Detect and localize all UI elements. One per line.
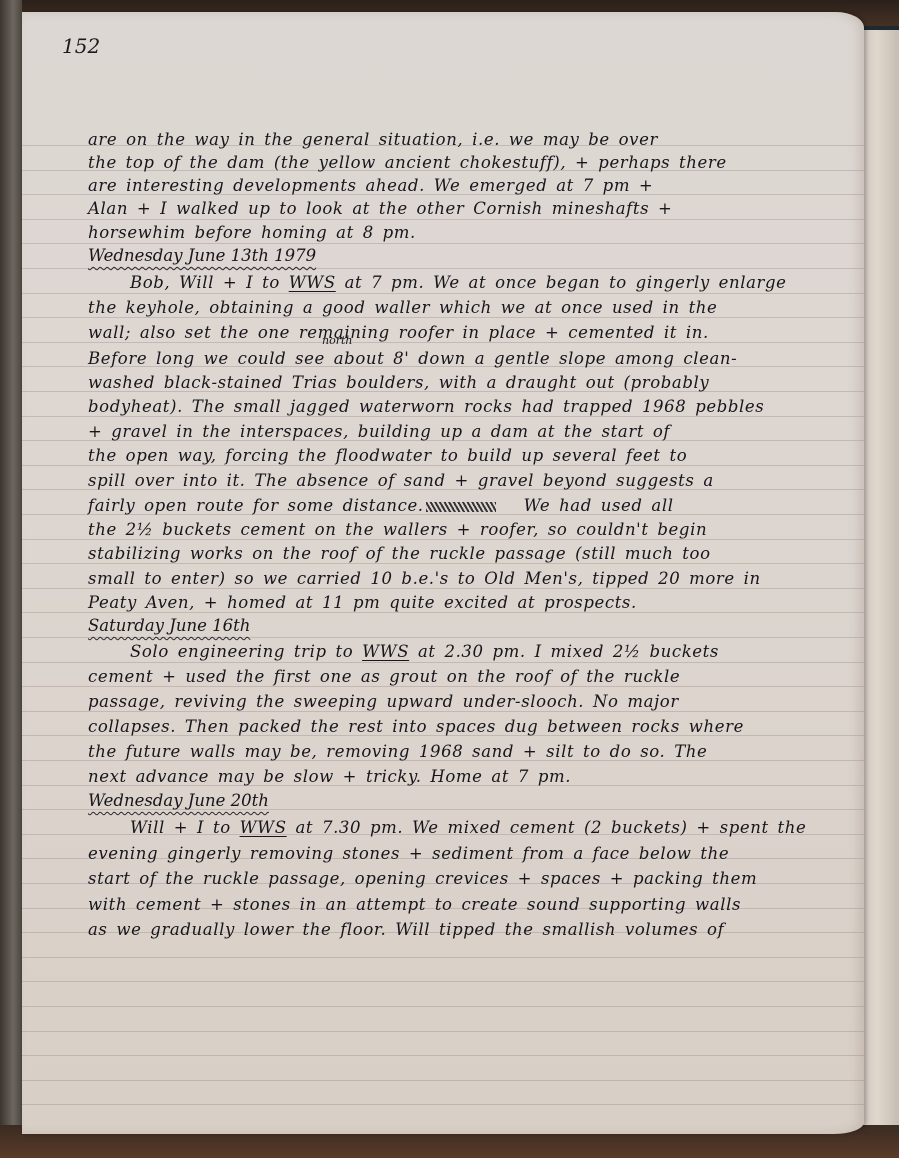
text-line: washed black-stained Trias boulders, wit… <box>88 373 709 392</box>
text-span: at 2.30 pm. I mixed 2½ buckets <box>409 642 719 661</box>
notebook-page: 152 are on the way in the general situat… <box>22 12 864 1134</box>
text-line: as we gradually lower the floor. Will ti… <box>88 920 724 939</box>
text-line: Before long we could see about 8' down a… <box>88 349 737 368</box>
text-line: bodyheat). The small jagged waterworn ro… <box>88 397 764 416</box>
text-span: at 7 pm. We at once began to gingerly en… <box>336 273 787 292</box>
ruled-line <box>22 268 864 269</box>
text-line: horsewhim before homing at 8 pm. <box>88 223 416 242</box>
text-line: spill over into it. The absence of sand … <box>88 471 714 490</box>
wws-abbreviation: WWS <box>240 818 287 837</box>
text-span: Solo engineering trip to <box>130 642 362 661</box>
ruled-line <box>22 662 864 663</box>
underlying-pages <box>862 26 899 1125</box>
ruled-line <box>22 686 864 687</box>
ruled-line <box>22 981 864 982</box>
text-line: are interesting developments ahead. We e… <box>88 176 653 195</box>
text-line: Solo engineering trip to WWS at 2.30 pm.… <box>130 642 719 661</box>
ruled-line <box>22 1031 864 1032</box>
text-line: Peaty Aven, + homed at 11 pm quite excit… <box>88 593 637 612</box>
ruled-line <box>22 219 864 220</box>
text-span: about 8' down a gentle slope among clean… <box>325 349 737 368</box>
text-line: collapses. Then packed the rest into spa… <box>88 717 744 736</box>
ruled-line <box>22 416 864 417</box>
text-line: + gravel in the interspaces, building up… <box>88 422 670 441</box>
text-line: wall; also set the one remaining roofer … <box>88 323 709 342</box>
ruled-line <box>22 243 864 244</box>
text-span: at 7.30 pm. We mixed cement (2 buckets) … <box>287 818 807 837</box>
wws-abbreviation: WWS <box>362 642 409 661</box>
text-line: stabilizing works on the roof of the ruc… <box>88 544 711 563</box>
text-line: Bob, Will + I to WWS at 7 pm. We at once… <box>130 273 787 292</box>
text-line: next advance may be slow + tricky. Home … <box>88 767 571 786</box>
ruled-line <box>22 465 864 466</box>
ruled-line <box>22 1080 864 1081</box>
entry-heading-june-13: Wednesday June 13th 1979 <box>88 246 316 265</box>
text-line: the open way, forcing the floodwater to … <box>88 446 687 465</box>
ruled-line <box>22 1055 864 1056</box>
text-line: cement + used the first one as grout on … <box>88 667 680 686</box>
ruled-line <box>22 637 864 638</box>
text-line: the future walls may be, removing 1968 s… <box>88 742 707 761</box>
ruled-line <box>22 1104 864 1105</box>
ruled-line <box>22 612 864 613</box>
wws-abbreviation: WWS <box>289 273 336 292</box>
notebook-spine <box>0 0 22 1158</box>
text-line: Will + I to WWS at 7.30 pm. We mixed cem… <box>130 818 806 837</box>
text-span: We had used all <box>524 496 674 515</box>
text-line: small to enter) so we carried 10 b.e.'s … <box>88 569 761 588</box>
text-line: are on the way in the general situation,… <box>88 130 658 149</box>
ruled-line <box>22 317 864 318</box>
text-line: the keyhole, obtaining a good waller whi… <box>88 298 717 317</box>
inserted-word-note: north <box>322 334 352 347</box>
text-line: passage, reviving the sweeping upward un… <box>88 692 679 711</box>
text-line: evening gingerly removing stones + sedim… <box>88 844 729 863</box>
text-span: Will + I to <box>130 818 240 837</box>
ruled-line <box>22 563 864 564</box>
text-line: with cement + stones in an attempt to cr… <box>88 895 741 914</box>
crossed-out-word <box>426 502 496 512</box>
text-line: the top of the dam (the yellow ancient c… <box>88 153 727 172</box>
text-line: start of the ruckle passage, opening cre… <box>88 869 757 888</box>
text-span: Before long we could see <box>88 349 325 368</box>
entry-heading-june-16: Saturday June 16th <box>88 616 250 635</box>
text-span: fairly open route for some distance. <box>88 496 424 515</box>
ruled-line <box>22 342 864 343</box>
ruled-line <box>22 711 864 712</box>
text-line: fairly open route for some distance.We h… <box>88 496 674 515</box>
ruled-line <box>22 957 864 958</box>
page-number: 152 <box>62 34 100 58</box>
ruled-line <box>22 1006 864 1007</box>
entry-heading-june-20: Wednesday June 20th <box>88 791 269 810</box>
ruled-line <box>22 588 864 589</box>
text-span: Bob, Will + I to <box>130 273 289 292</box>
text-line: Alan + I walked up to look at the other … <box>88 199 672 218</box>
ruled-line <box>22 293 864 294</box>
text-line: the 2½ buckets cement on the wallers + r… <box>88 520 707 539</box>
ruled-line <box>22 539 864 540</box>
